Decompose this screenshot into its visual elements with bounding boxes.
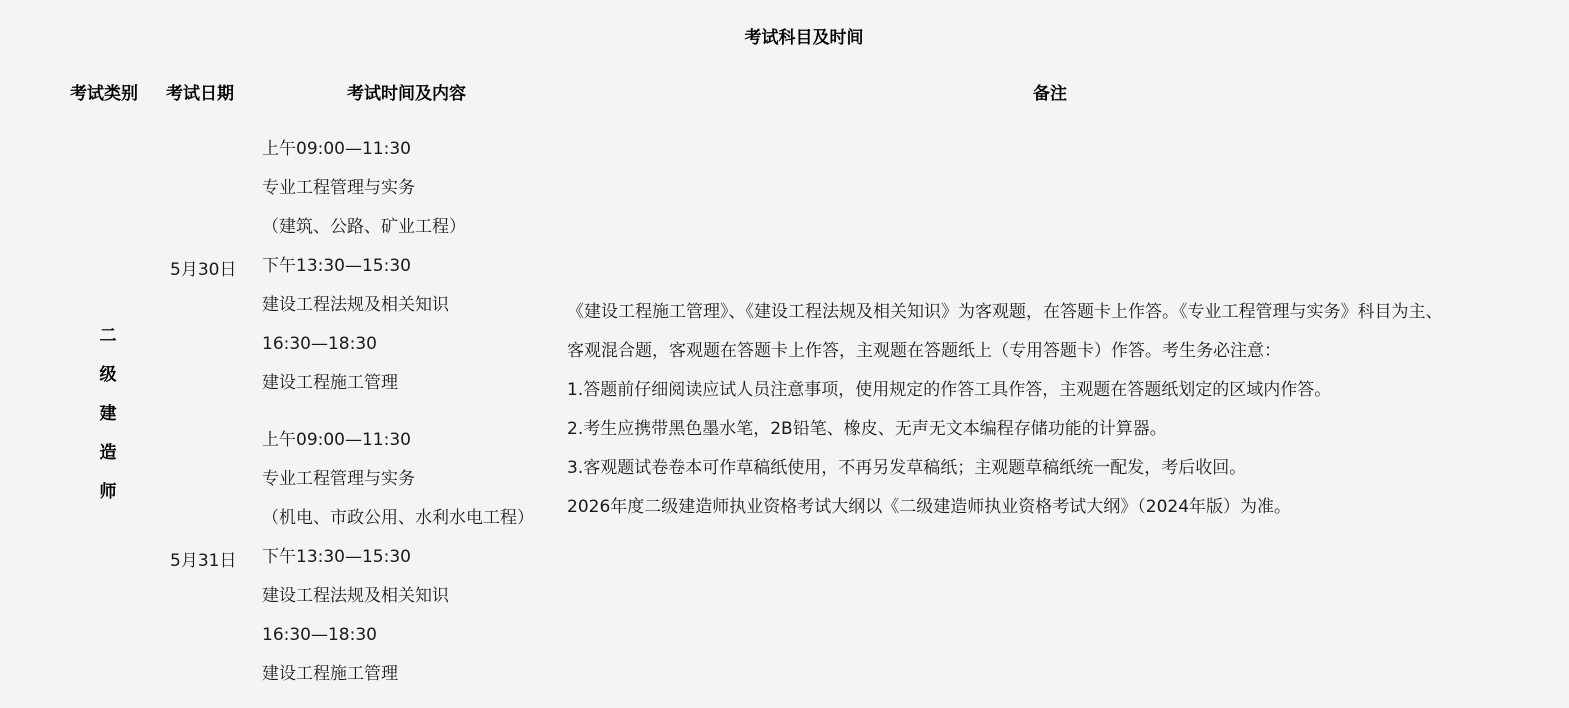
header-time-content: 考试时间及内容 [347,79,466,104]
schedule-line: 建设工程施工管理 [262,370,466,409]
category-char: 建 [98,401,118,440]
remark-line: 客观混合题，客观题在答题卡上作答，主观题在答题纸上（专用答题卡）作答。考生务必注… [567,338,1443,377]
schedule-line: 建设工程法规及相关知识 [262,292,466,331]
schedule-line: 建设工程施工管理 [262,661,534,700]
exam-date-day1: 5月30日 [170,255,236,280]
remark-line: 1.答题前仔细阅读应试人员注意事项，使用规定的作答工具作答，主观题在答题纸划定的… [567,377,1443,416]
category-char: 造 [98,440,118,479]
remark-line: 2.考生应携带黑色墨水笔，2B铅笔、橡皮、无声无文本编程存储功能的计算器。 [567,416,1443,455]
header-category: 考试类别 [70,79,138,104]
schedule-line: 建设工程法规及相关知识 [262,583,534,622]
schedule-line: 16:30—18:30 [262,331,466,370]
header-remarks: 备注 [1033,79,1067,104]
schedule-line: 16:30—18:30 [262,622,534,661]
schedule-day1: 上午09:00—11:30 专业工程管理与实务 （建筑、公路、矿业工程） 下午1… [262,136,466,409]
category-char: 级 [98,362,118,401]
schedule-day2: 上午09:00—11:30 专业工程管理与实务 （机电、市政公用、水利水电工程）… [262,427,534,700]
header-date: 考试日期 [166,79,234,104]
schedule-line: 上午09:00—11:30 [262,136,466,175]
remark-line: 2026年度二级建造师执业资格考试大纲以《二级建造师执业资格考试大纲》（2024… [567,494,1443,533]
remark-line: 3.客观题试卷卷本可作草稿纸使用，不再另发草稿纸；主观题草稿纸统一配发，考后收回… [567,455,1443,494]
schedule-line: （机电、市政公用、水利水电工程） [262,505,534,544]
page-title: 考试科目及时间 [0,23,1569,48]
remark-line: 《建设工程施工管理》、《建设工程法规及相关知识》为客观题，在答题卡上作答。《专业… [567,299,1443,338]
schedule-line: 下午13:30—15:30 [262,544,534,583]
remarks-block: 《建设工程施工管理》、《建设工程法规及相关知识》为客观题，在答题卡上作答。《专业… [567,299,1443,533]
exam-date-day2: 5月31日 [170,546,236,571]
schedule-line: 下午13:30—15:30 [262,253,466,292]
schedule-line: （建筑、公路、矿业工程） [262,214,466,253]
category-char: 二 [98,323,118,362]
category-char: 师 [98,479,118,518]
schedule-line: 专业工程管理与实务 [262,466,534,505]
schedule-line: 专业工程管理与实务 [262,175,466,214]
schedule-line: 上午09:00—11:30 [262,427,534,466]
exam-category: 二 级 建 造 师 [98,323,118,518]
